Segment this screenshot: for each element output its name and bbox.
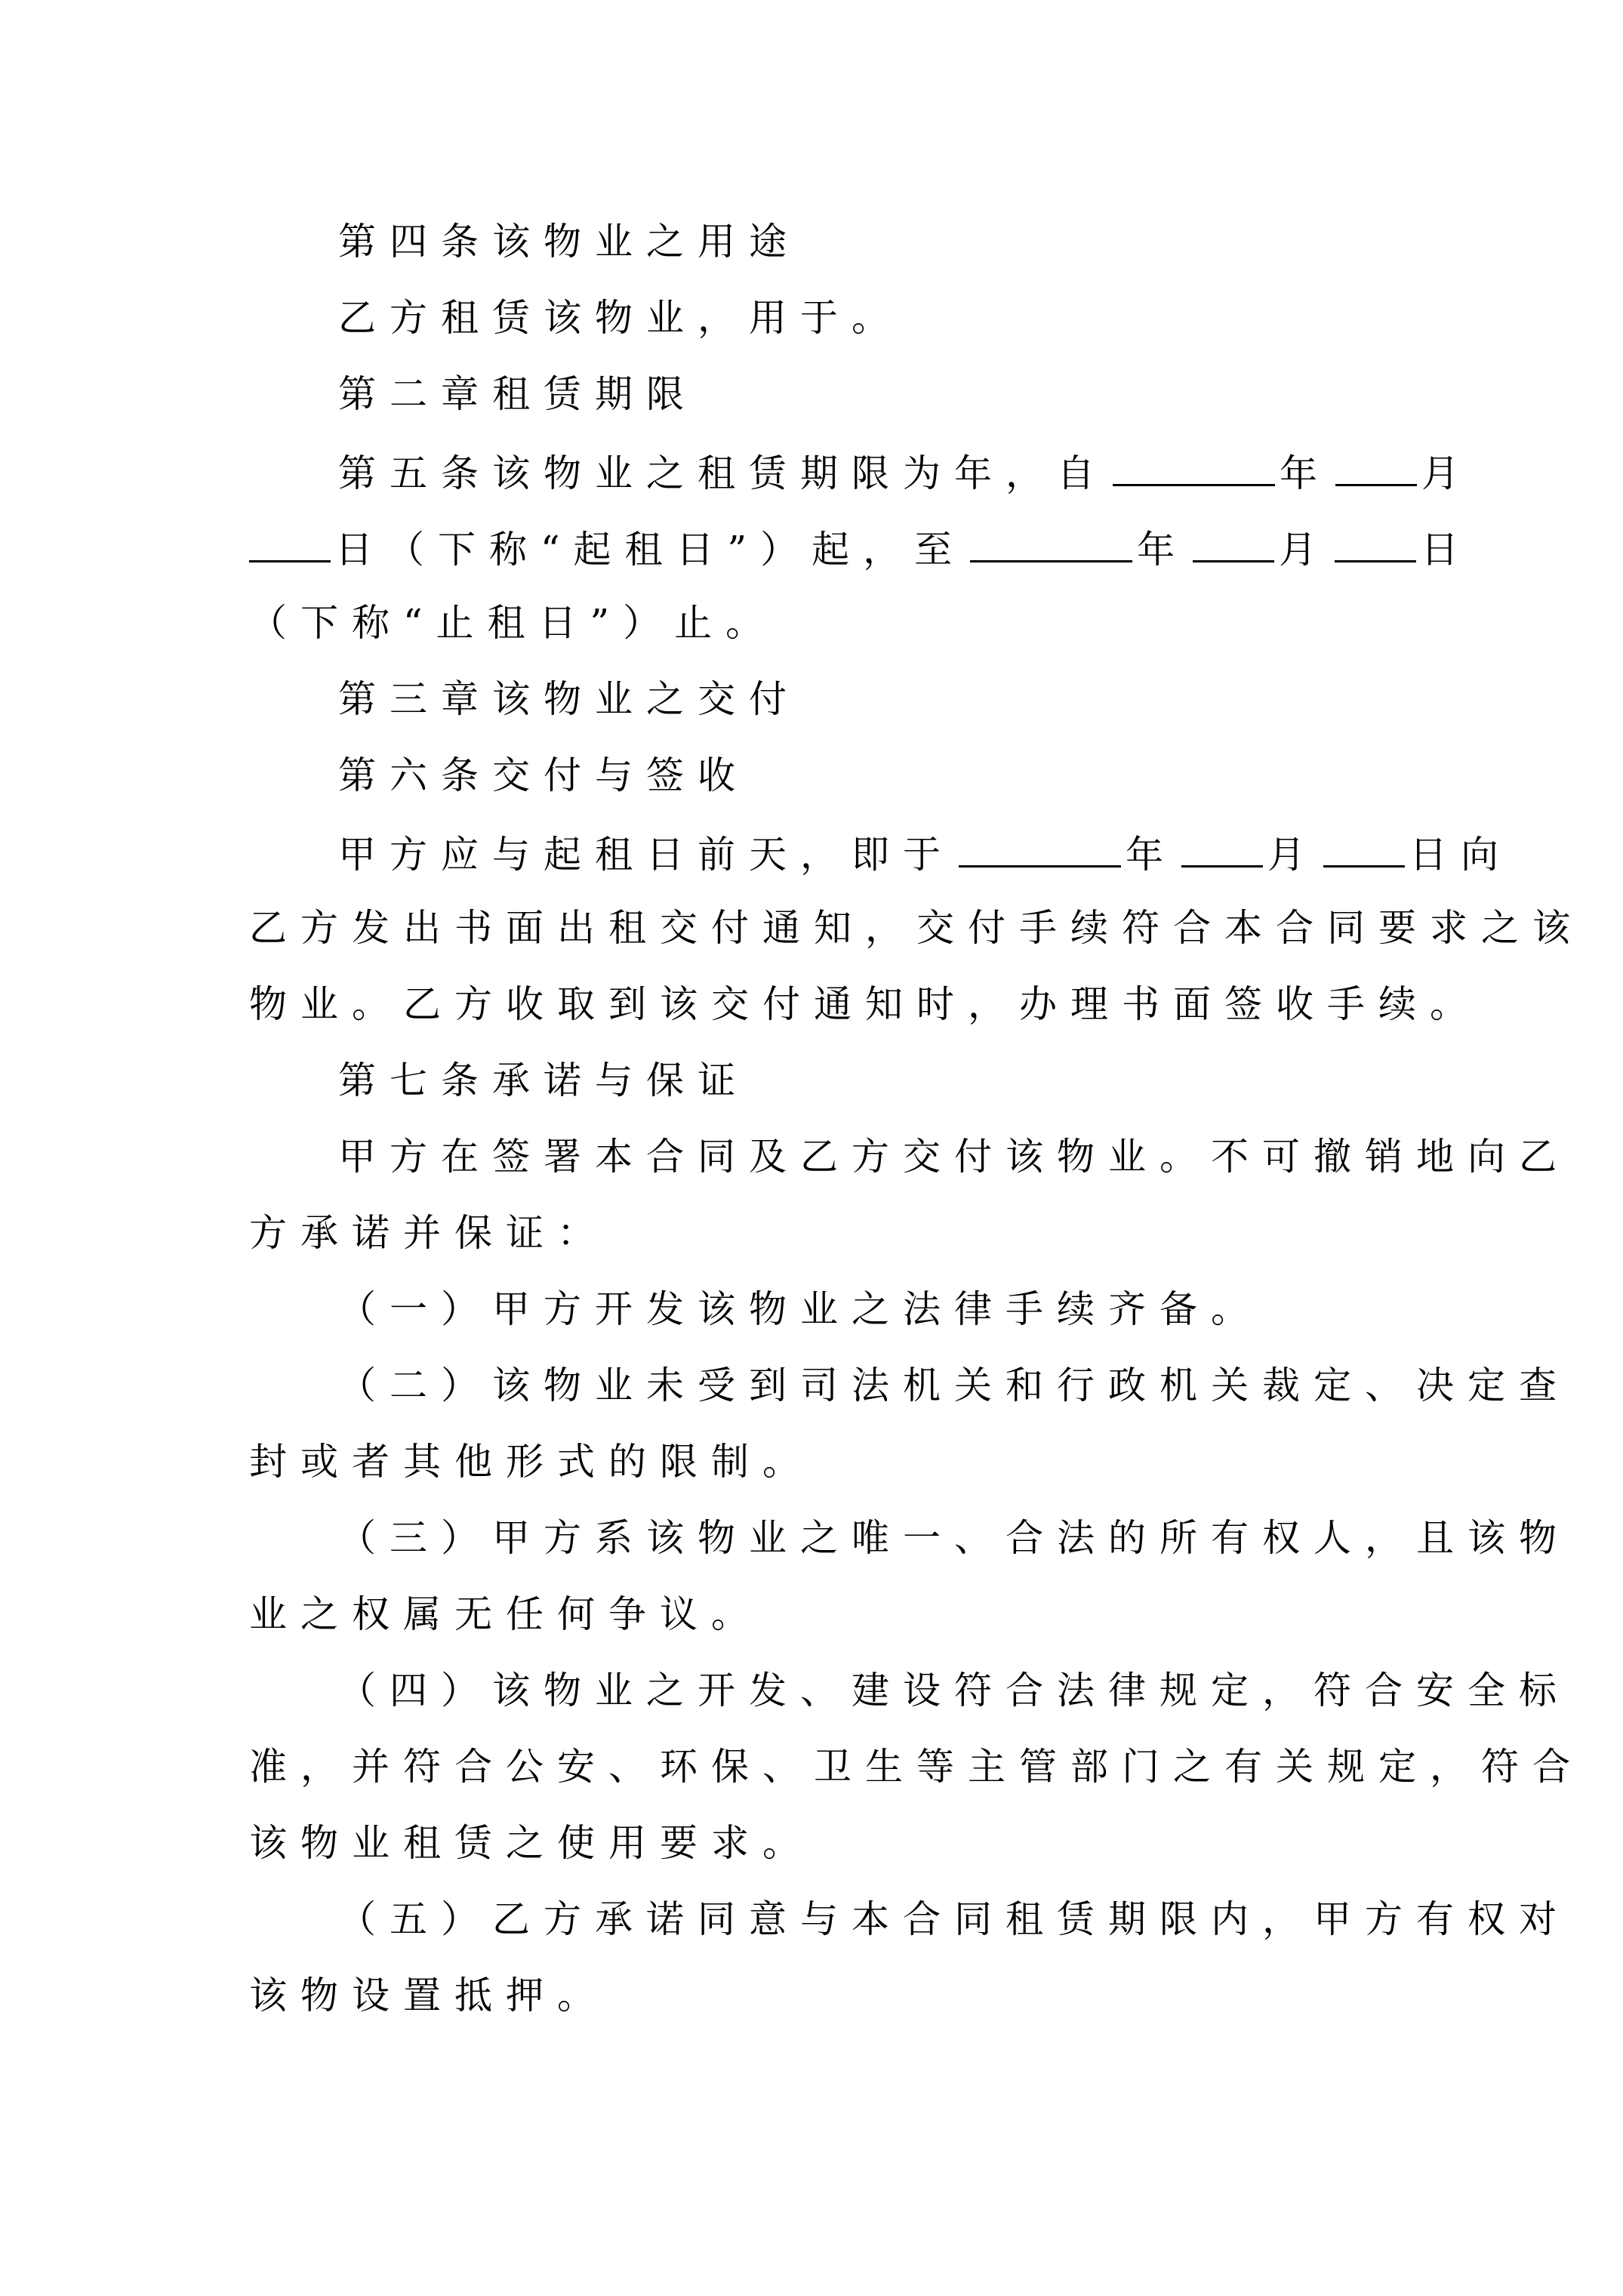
end-day-blank[interactable] bbox=[1335, 524, 1416, 562]
article-4-heading: 第四条该物业之用途 bbox=[338, 219, 800, 264]
clause-2-line-1: （二）该物业未受到司法机关和行政机关裁定、决定查 bbox=[338, 1363, 1570, 1408]
article-5-line-1: 第五条该物业之租赁期限为年，自年月 bbox=[338, 448, 1473, 496]
clause-2-line-2: 封或者其他形式的限制。 bbox=[249, 1439, 814, 1484]
year-label: 年 bbox=[1280, 451, 1331, 495]
article-7-line-1: 甲方在签署本合同及乙方交付该物业。不可撤销地向乙 bbox=[338, 1134, 1570, 1179]
article-5-line-3: （下称“止租日”）止。 bbox=[249, 600, 777, 646]
month-label: 月 bbox=[1279, 528, 1330, 572]
article-4-body: 乙方租赁该物业，用于。 bbox=[338, 295, 903, 341]
day-label: 日 bbox=[1421, 528, 1472, 572]
month-label: 月 bbox=[1421, 451, 1473, 495]
article-6-line-1: 甲方应与起租日前天，即于年月日向 bbox=[338, 829, 1512, 877]
start-year-blank[interactable] bbox=[1113, 448, 1275, 486]
clause-1: （一）甲方开发该物业之法律手续齐备。 bbox=[338, 1287, 1262, 1332]
chapter-2-heading: 第二章租赁期限 bbox=[338, 371, 698, 417]
article-7-line-2: 方承诺并保证： bbox=[249, 1210, 608, 1256]
notice-year-blank[interactable] bbox=[959, 829, 1121, 868]
end-month-blank[interactable] bbox=[1193, 524, 1274, 562]
end-year-blank[interactable] bbox=[970, 524, 1132, 562]
day-label: 日向 bbox=[1409, 833, 1512, 877]
article-6-line-2: 乙方发出书面出租交付通知，交付手续符合本合同要求之该 bbox=[249, 905, 1584, 951]
article-7-heading: 第七条承诺与保证 bbox=[338, 1058, 749, 1103]
notice-day-blank[interactable] bbox=[1323, 829, 1405, 868]
clause-4-line-3: 该物业租赁之使用要求。 bbox=[249, 1820, 814, 1866]
article-6-text: 甲方应与起租日前天，即于 bbox=[338, 833, 954, 877]
start-month-blank[interactable] bbox=[1335, 448, 1417, 486]
month-label: 月 bbox=[1267, 833, 1319, 877]
article-6-line-3: 物业。乙方收取到该交付通知时，办理书面签收手续。 bbox=[249, 982, 1481, 1027]
year-label: 年 bbox=[1137, 528, 1188, 572]
clause-3-line-2: 业之权属无任何争议。 bbox=[249, 1592, 762, 1637]
clause-5-line-2: 该物设置抵押。 bbox=[249, 1973, 608, 2018]
clause-3-line-1: （三）甲方系该物业之唯一、合法的所有权人，且该物 bbox=[338, 1515, 1570, 1561]
clause-5-line-1: （五）乙方承诺同意与本合同租赁期限内，甲方有权对 bbox=[338, 1897, 1570, 1942]
article-6-heading: 第六条交付与签收 bbox=[338, 753, 749, 798]
notice-month-blank[interactable] bbox=[1181, 829, 1263, 868]
chapter-3-heading: 第三章该物业之交付 bbox=[338, 676, 800, 722]
clause-4-line-1: （四）该物业之开发、建设符合法律规定，符合安全标 bbox=[338, 1668, 1570, 1713]
article-5-line-2: 日（下称“起租日”）起，至年月日 bbox=[249, 524, 1472, 572]
start-date-text: 日（下称“起租日”）起，至 bbox=[335, 528, 965, 572]
start-day-blank[interactable] bbox=[249, 524, 331, 562]
article-5-text: 第五条该物业之租赁期限为年，自 bbox=[338, 451, 1108, 495]
clause-4-line-2: 准，并符合公安、环保、卫生等主管部门之有关规定，符合 bbox=[249, 1744, 1584, 1789]
year-label: 年 bbox=[1126, 833, 1177, 877]
